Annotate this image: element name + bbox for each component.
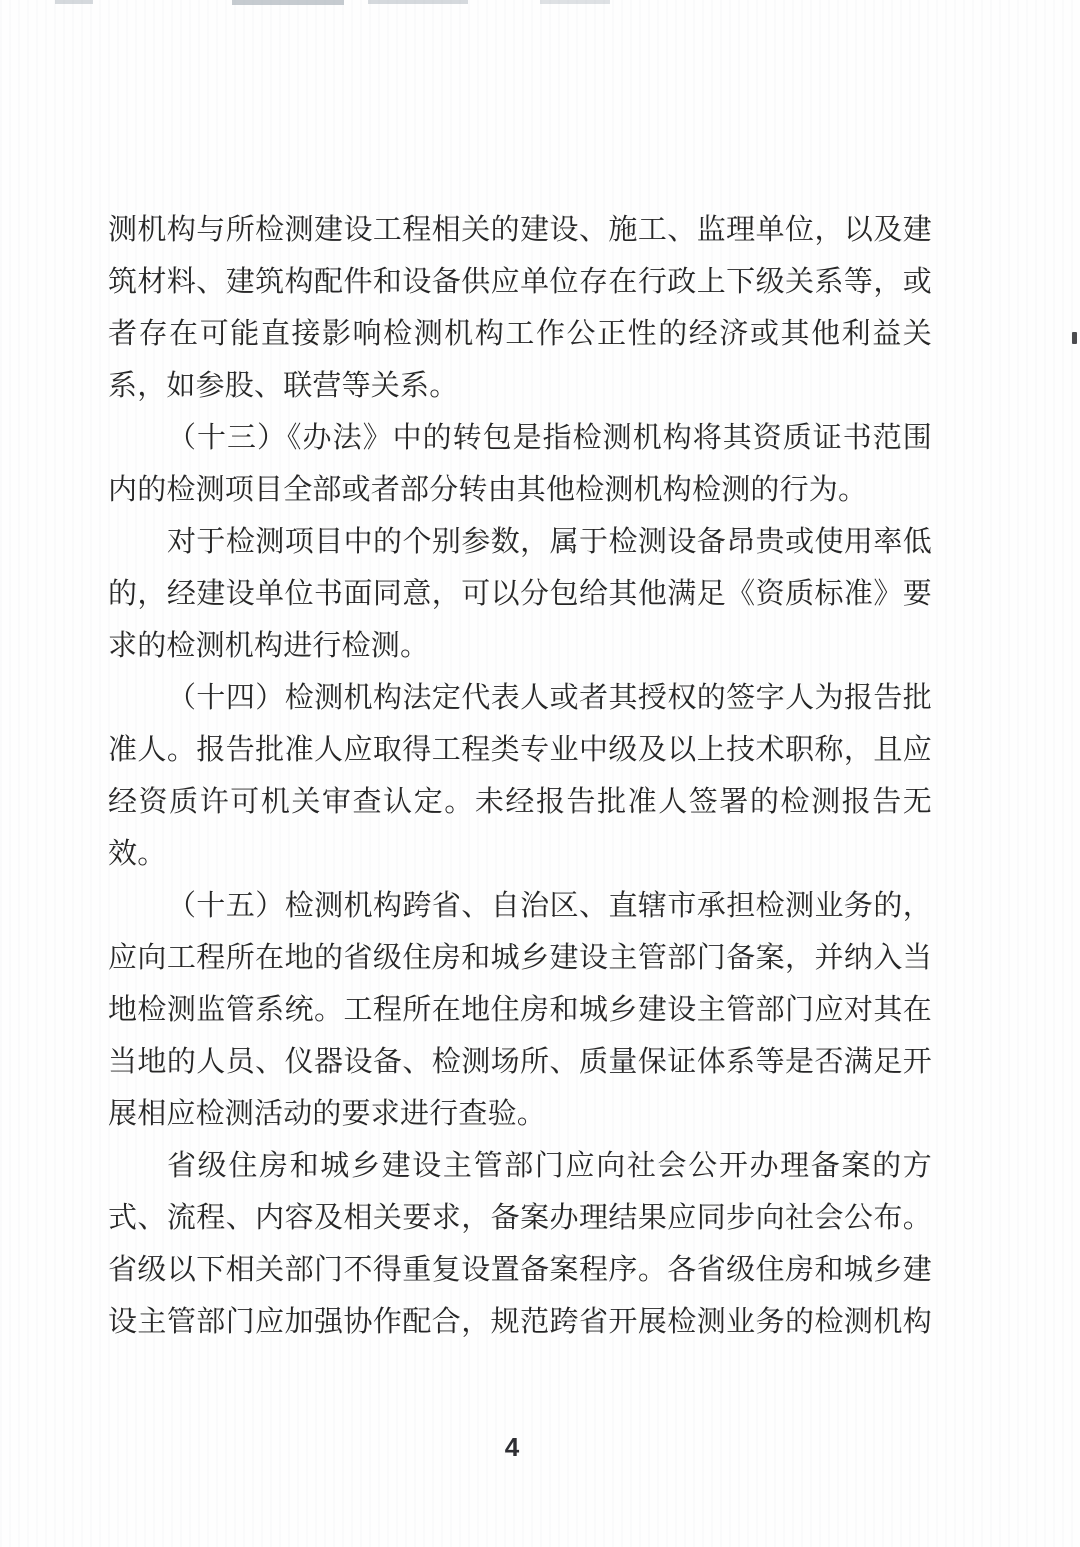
text-line: 者存在可能直接影响检测机构工作公正性的经济或其他利益关 xyxy=(108,308,932,360)
text-line: 省级住房和城乡建设主管部门应向社会公开办理备案的方 xyxy=(108,1140,932,1192)
scan-artifact-top-4 xyxy=(540,0,610,4)
text-line: 省级以下相关部门不得重复设置备案程序。各省级住房和城乡建 xyxy=(108,1244,932,1296)
scan-artifact-top-3 xyxy=(368,0,468,4)
text-line: 当地的人员、仪器设备、检测场所、质量保证体系等是否满足开 xyxy=(108,1036,932,1088)
text-line: 式、流程、内容及相关要求，备案办理结果应同步向社会公布。 xyxy=(108,1192,932,1244)
text-line: 准人。报告批准人应取得工程类专业中级及以上技术职称，且应 xyxy=(108,724,932,776)
text-line: 内的检测项目全部或者部分转由其他检测机构检测的行为。 xyxy=(108,464,932,516)
text-line: 系，如参股、联营等关系。 xyxy=(108,360,932,412)
text-line: 经资质许可机关审查认定。未经报告批准人签署的检测报告无 xyxy=(108,776,932,828)
text-line: 筑材料、建筑构配件和设备供应单位存在行政上下级关系等，或 xyxy=(108,256,932,308)
text-line: 的，经建设单位书面同意，可以分包给其他满足《资质标准》要 xyxy=(108,568,932,620)
text-line: 展相应检测活动的要求进行查验。 xyxy=(108,1088,932,1140)
text-line: （十四）检测机构法定代表人或者其授权的签字人为报告批 xyxy=(108,672,932,724)
text-line: 求的检测机构进行检测。 xyxy=(108,620,932,672)
scan-artifact-top-2 xyxy=(232,0,344,5)
text-line: 设主管部门应加强协作配合，规范跨省开展检测业务的检测机构 xyxy=(108,1296,932,1348)
text-line: 效。 xyxy=(108,828,932,880)
text-line: 对于检测项目中的个别参数，属于检测设备昂贵或使用率低 xyxy=(108,516,932,568)
page-number: 4 xyxy=(505,1432,519,1462)
text-line: （十三）《办法》中的转包是指检测机构将其资质证书范围 xyxy=(108,412,932,464)
scan-artifact-top-1 xyxy=(55,0,93,4)
document-body: 测机构与所检测建设工程相关的建设、施工、监理单位，以及建筑材料、建筑构配件和设备… xyxy=(108,204,932,1348)
document-page: 测机构与所检测建设工程相关的建设、施工、监理单位，以及建筑材料、建筑构配件和设备… xyxy=(0,0,1080,1547)
text-line: 地检测监管系统。工程所在地住房和城乡建设主管部门应对其在 xyxy=(108,984,932,1036)
scan-artifact-right-edge xyxy=(1072,332,1077,344)
text-line: （十五）检测机构跨省、自治区、直辖市承担检测业务的， xyxy=(108,880,932,932)
page-footer: 4 xyxy=(0,1432,1024,1463)
text-lines: 测机构与所检测建设工程相关的建设、施工、监理单位，以及建筑材料、建筑构配件和设备… xyxy=(108,204,932,1348)
text-line: 应向工程所在地的省级住房和城乡建设主管部门备案，并纳入当 xyxy=(108,932,932,984)
text-line: 测机构与所检测建设工程相关的建设、施工、监理单位，以及建 xyxy=(108,204,932,256)
